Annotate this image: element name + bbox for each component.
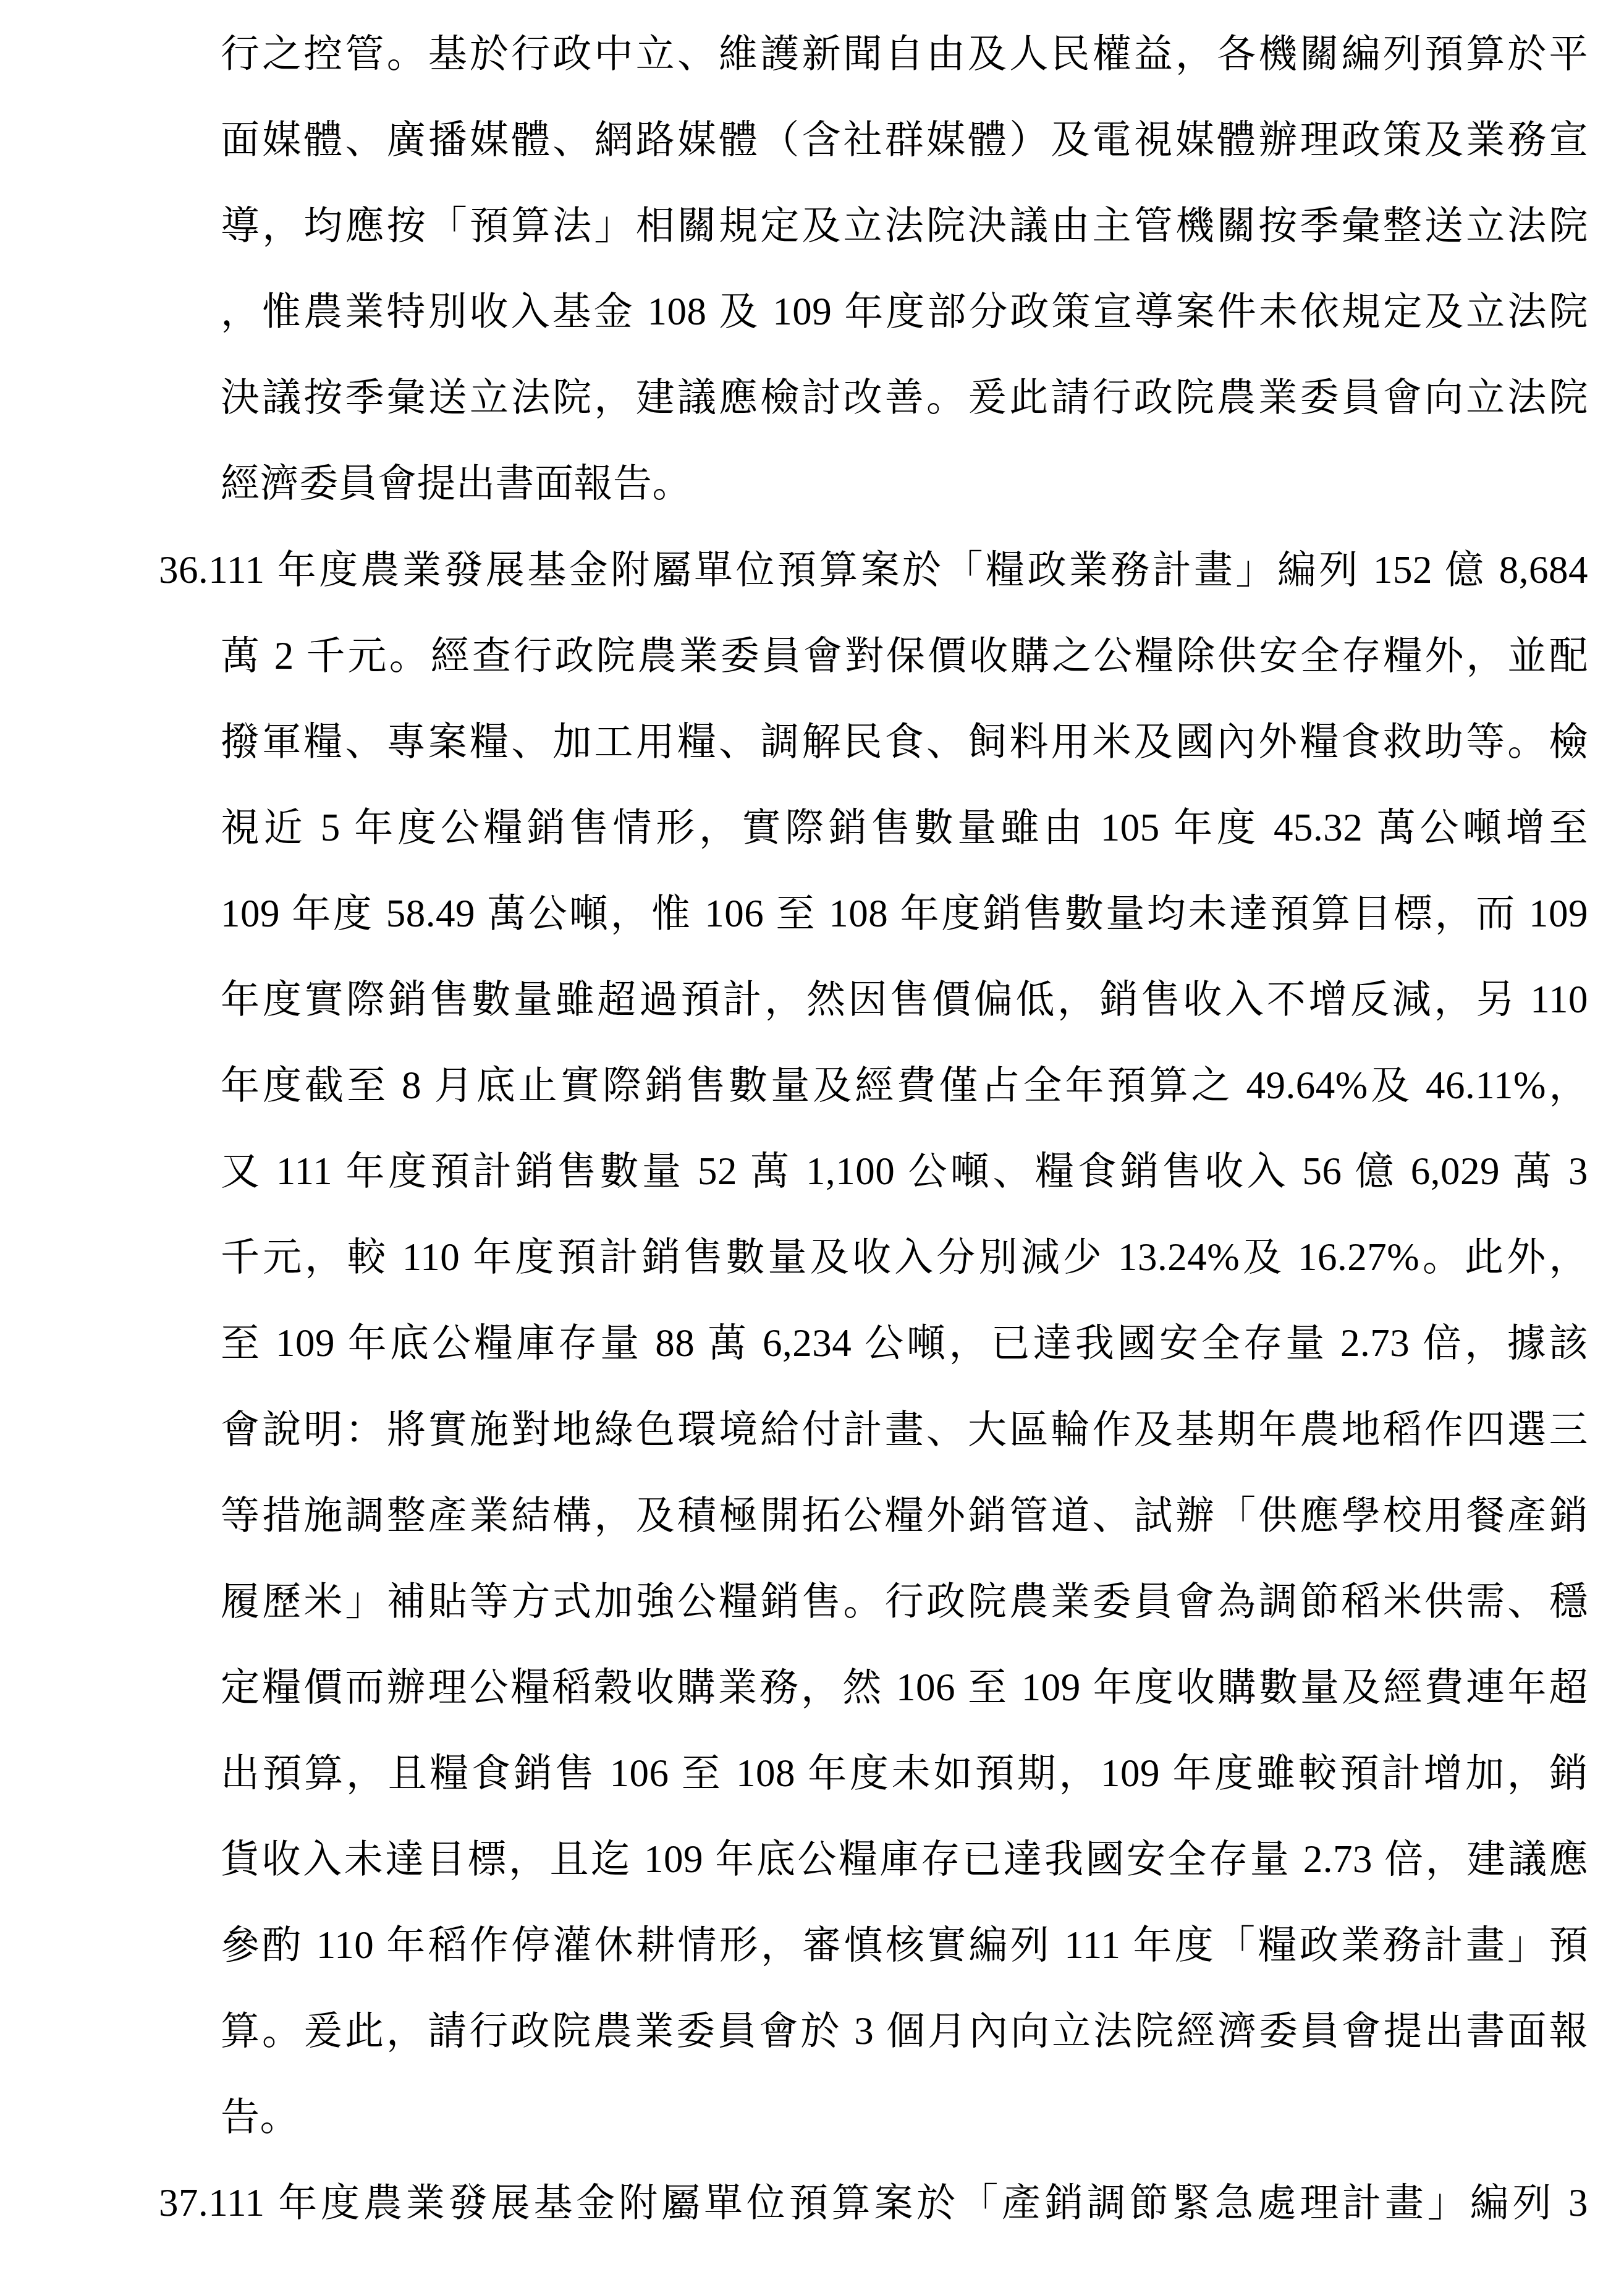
text-line: 年度截至 8 月底止實際銷售數量及經費僅占全年預算之 49.64%及 46.11… [221,1043,1588,1129]
text-line-item-37: 37.111 年度農業發展基金附屬單位預算案於「產銷調節緊急處理計畫」編列 3 [159,2160,1588,2246]
text-line: 定糧價而辦理公糧稻穀收購業務，然 106 至 109 年度收購數量及經費連年超 [221,1645,1588,1731]
text-line: 面媒體、廣播媒體、網路媒體（含社群媒體）及電視媒體辦理政策及業務宣 [221,97,1588,183]
text-line: 109 年度 58.49 萬公噸，惟 106 至 108 年度銷售數量均未達預算… [221,871,1588,957]
text-line: 算。爰此，請行政院農業委員會於 3 個月內向立法院經濟委員會提出書面報 [221,1988,1588,2074]
text-line: 行之控管。基於行政中立、維護新聞自由及人民權益，各機關編列預算於平 [221,11,1588,97]
text-line: 至 109 年底公糧庫存量 88 萬 6,234 公噸，已達我國安全存量 2.7… [221,1300,1588,1386]
text-line: 萬 2 千元。經查行政院農業委員會對保價收購之公糧除供安全存糧外，並配 [221,613,1588,699]
text-line: 貨收入未達目標，且迄 109 年底公糧庫存已達我國安全存量 2.73 倍，建議應 [221,1816,1588,1902]
text-line: 年度實際銷售數量雖超過預計，然因售價偏低，銷售收入不增反減，另 110 [221,957,1588,1043]
document-page: 行之控管。基於行政中立、維護新聞自由及人民權益，各機關編列預算於平 面媒體、廣播… [0,0,1624,2272]
text-line: 參酌 110 年稻作停灌休耕情形，審慎核實編列 111 年度「糧政業務計畫」預 [221,1902,1588,1988]
text-line: 履歷米」補貼等方式加強公糧銷售。行政院農業委員會為調節稻米供需、穩 [221,1559,1588,1645]
text-line: 決議按季彙送立法院，建議應檢討改善。爰此請行政院農業委員會向立法院 [221,355,1588,441]
text-line: 視近 5 年度公糧銷售情形，實際銷售數量雖由 105 年度 45.32 萬公噸增… [221,785,1588,871]
text-line: ，惟農業特別收入基金 108 及 109 年度部分政策宣導案件未依規定及立法院 [221,269,1588,355]
text-line: 等措施調整產業結構，及積極開拓公糧外銷管道、試辦「供應學校用餐產銷 [221,1473,1588,1559]
text-line: 千元，較 110 年度預計銷售數量及收入分別減少 13.24%及 16.27%。… [221,1214,1588,1300]
text-line-item-36: 36.111 年度農業發展基金附屬單位預算案於「糧政業務計畫」編列 152 億 … [159,527,1588,613]
text-line: 又 111 年度預計銷售數量 52 萬 1,100 公噸、糧食銷售收入 56 億… [221,1129,1588,1214]
text-line: 經濟委員會提出書面報告。 [221,441,1588,527]
text-line: 出預算，且糧食銷售 106 至 108 年度未如預期，109 年度雖較預計增加，… [221,1731,1588,1816]
text-line: 告。 [221,2074,1588,2160]
text-line: 會說明：將實施對地綠色環境給付計畫、大區輪作及基期年農地稻作四選三 [221,1387,1588,1473]
text-line: 導，均應按「預算法」相關規定及立法院決議由主管機關按季彙整送立法院 [221,183,1588,269]
text-line: 撥軍糧、專案糧、加工用糧、調解民食、飼料用米及國內外糧食救助等。檢 [221,699,1588,785]
